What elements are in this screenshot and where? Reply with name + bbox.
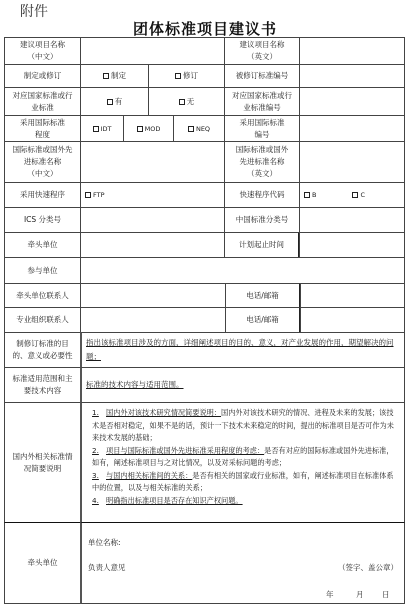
input-ccs[interactable] (299, 207, 405, 233)
input-plan-time[interactable] (299, 232, 405, 258)
label-intl-name-en: 国际标准或国外 先进标准名称 （英文） (224, 141, 300, 183)
label-fast: 采用快速程序 (4, 182, 81, 208)
label-ics: ICS 分类号 (4, 207, 81, 233)
label-ccs: 中国标准分类号 (224, 207, 300, 233)
checkbox-c[interactable]: C (352, 189, 365, 201)
input-lead[interactable] (80, 232, 225, 258)
label-participants: 参与单位 (4, 257, 81, 284)
text-purpose[interactable]: 指出该标准项目涉及的方面，详细阐述项目的目的、意义，对产业发展的作用，期望解决的… (80, 332, 405, 368)
label-org-phone: 电话/邮箱 (225, 307, 301, 333)
label-intl-name-cn: 国际标准或国外先 进标准名称 （中文） (4, 141, 81, 183)
text-related[interactable]: 1.国内外对该技术研究情况简要说明：国内外对该技术研究的情况、进程及未来的发展；… (80, 402, 405, 523)
label-fast-code: 快速程序代码 (224, 182, 300, 208)
input-org-phone[interactable] (300, 307, 405, 333)
checkbox-revise[interactable]: 修订 (148, 64, 225, 88)
checkbox-revise-label: 修订 (183, 70, 198, 82)
text-scope[interactable]: 标准的技术内容与适用范围。 (80, 367, 405, 403)
input-name-cn[interactable] (80, 37, 225, 65)
label-scope: 标准适用范围和主 要技术内容 (4, 367, 81, 403)
checkbox-idt-label: IDT (101, 123, 112, 135)
input-lead-phone[interactable] (300, 283, 405, 308)
checkbox-mod[interactable]: MOD (123, 115, 174, 142)
checkbox-icon (188, 126, 194, 132)
checkbox-ftp-label: FTP (93, 189, 105, 201)
related-item-2: 2.项目与国际标准或国外先进标准采用程度的考虑：是否有对应的国际标准或国外先进标… (92, 445, 398, 470)
fast-code-options: B C (299, 182, 405, 208)
input-ics[interactable] (80, 207, 225, 233)
input-participants[interactable] (80, 257, 405, 284)
label-national: 对应国家标准或行 业标准 (4, 87, 81, 116)
checkbox-none[interactable]: 无 (148, 87, 225, 116)
day-label: 日 (382, 589, 390, 601)
input-intl-name-en[interactable] (299, 141, 405, 183)
checkbox-icon (137, 126, 143, 132)
label-lead-contact: 牵头单位联系人 (4, 283, 81, 308)
input-name-en[interactable] (299, 37, 405, 65)
label-revised-no: 被修订标准编号 (224, 64, 300, 88)
label-intl-no: 采用国际标准 编号 (224, 115, 300, 142)
checkbox-neq-label: NEQ (196, 123, 210, 135)
scope-text: 标准的技术内容与适用范围。 (86, 379, 184, 391)
checkbox-none-label: 无 (187, 96, 195, 108)
label-lead: 牵头单位 (4, 232, 81, 258)
input-intl-name-cn[interactable] (80, 141, 225, 183)
label-org-contact: 专业组织联系人 (4, 307, 81, 333)
checkbox-c-label: C (360, 189, 365, 201)
checkbox-icon (175, 73, 181, 79)
checkbox-has-label: 有 (115, 96, 123, 108)
checkbox-icon (179, 99, 185, 105)
checkbox-has[interactable]: 有 (80, 87, 149, 116)
checkbox-b[interactable]: B (304, 189, 316, 201)
checkbox-ftp[interactable]: FTP (80, 182, 225, 208)
label-revise: 制定或修订 (4, 64, 81, 88)
label-sign-lead: 牵头单位 (4, 522, 81, 604)
related-item-1: 1.国内外对该技术研究情况简要说明：国内外对该技术研究的情况、进程及未来的发展；… (92, 407, 398, 445)
unit-name-label: 单位名称: (88, 537, 121, 549)
label-national-no: 对应国家标准或行 业标准编号 (224, 87, 300, 116)
opinion-label: 负责人意见 (88, 562, 126, 574)
related-item-3: 3.与国内相关标准间的关系：是否有相关的国家或行业标准，如有，阐述标准项目在标准… (92, 470, 398, 495)
checkbox-neq[interactable]: NEQ (173, 115, 225, 142)
purpose-text: 指出该标准项目涉及的方面，详细阐述项目的目的、意义，对产业发展的作用，期望解决的… (86, 336, 400, 364)
label-plan-time: 计划起止时间 (224, 232, 300, 258)
checkbox-icon (304, 192, 310, 198)
checkbox-icon (85, 192, 91, 198)
related-item-4: 4.明确指出标准项目是否存在知识产权问题。 (92, 495, 398, 508)
checkbox-make-label: 制定 (111, 70, 126, 82)
input-lead-contact[interactable] (80, 283, 226, 308)
input-national-no[interactable] (299, 87, 405, 116)
checkbox-icon (103, 73, 109, 79)
input-intl-no[interactable] (299, 115, 405, 142)
checkbox-icon (107, 99, 113, 105)
checkbox-b-label: B (312, 189, 316, 201)
checkbox-idt[interactable]: IDT (80, 115, 124, 142)
label-name-cn: 建议项目名称 （中文） (4, 37, 81, 65)
checkbox-mod-label: MOD (145, 123, 161, 135)
label-name-en: 建议项目名称 （英文） (224, 37, 300, 65)
input-org-contact[interactable] (80, 307, 226, 333)
month-label: 月 (356, 589, 364, 601)
checkbox-make[interactable]: 制定 (80, 64, 149, 88)
label-intl-degree: 采用国际标准 程度 (4, 115, 81, 142)
label-purpose: 制修订标准的目 的、意义或必要性 (4, 332, 81, 368)
checkbox-icon (352, 192, 358, 198)
checkbox-icon (93, 126, 99, 132)
stamp-label: （签字、盖公章） (338, 562, 398, 574)
page-title: 团体标准项目建议书 (0, 18, 410, 39)
year-label: 年 (326, 589, 334, 601)
signature-area[interactable]: 单位名称: 负责人意见 （签字、盖公章） 年 月 日 (80, 522, 405, 604)
label-lead-phone: 电话/邮箱 (225, 283, 301, 308)
input-revised-no[interactable] (299, 64, 405, 88)
label-related: 国内外相关标准情 况简要说明 (4, 402, 81, 523)
